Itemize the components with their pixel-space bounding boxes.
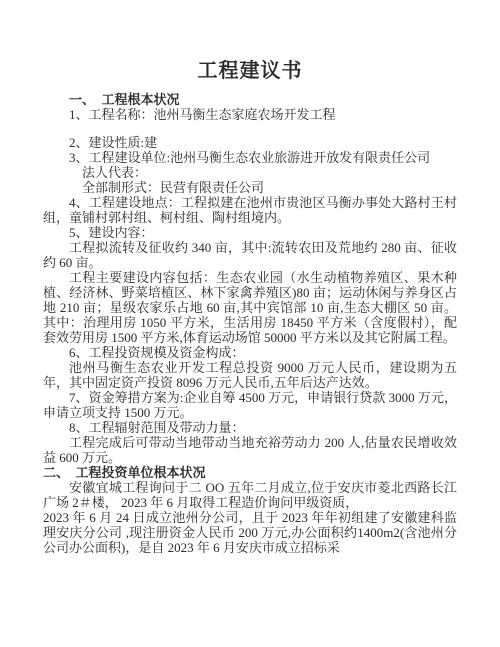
detail-line: 法人代表：	[43, 165, 457, 180]
numbered-item: 5、建设内容：	[43, 225, 457, 240]
numbered-item: 2、建设性质:建	[43, 135, 457, 150]
numbered-item: 1、工程名称：池州马衡生态家庭农场开发工程	[43, 107, 457, 122]
document-body: 一、 工程根本状况1、工程名称：池州马衡生态家庭农场开发工程2、建设性质:建3、…	[43, 92, 457, 555]
document-page: 工程建议书 一、 工程根本状况1、工程名称：池州马衡生态家庭农场开发工程2、建设…	[0, 0, 500, 647]
document-title: 工程建议书	[0, 0, 500, 83]
paragraph: 工程完成后可带动当地带动当地充裕劳动力 200 人,估量农民增收效益 600 万…	[43, 435, 457, 465]
paragraph: 安徽宜城工程询问于二 OO 五年二月成立,位于安庆市菱北西路长江广场 2＃楼， …	[43, 480, 457, 510]
detail-line: 全部制形式：民营有限责任公司	[43, 180, 457, 195]
section-heading: 二、 工程投资单位根本状况	[43, 465, 457, 480]
numbered-item: 3、工程建设单位:池州马衡生态农业旅游进开放发有限责任公司	[43, 150, 457, 165]
numbered-item: 4、工程建设地点：工程拟建在池州市贵池区马衡办事处大路村王村组，童铺村郭村组、柯…	[43, 195, 457, 225]
numbered-item: 8、工程辐射范围及带动力量：	[43, 420, 457, 435]
numbered-item: 6、工程投资规模及资金构成：	[43, 345, 457, 360]
paragraph: 工程拟流转及征收约 340 亩，其中:流转农田及荒地约 280 亩、征收约 60…	[43, 240, 457, 270]
paragraph: 2023 年 6 月 24 日成立池州分公司，且于 2023 年年初组建了安徽建…	[43, 510, 457, 555]
section-heading: 一、 工程根本状况	[43, 92, 457, 107]
paragraph: 池州马衡生态农业开发工程总投资 9000 万元人民币，建设期为五年，其中固定资产…	[43, 360, 457, 390]
paragraph: 工程主要建设内容包括：生态农业园（水生动植物养殖区、果木种植、经济林、野菜培植区…	[43, 270, 457, 345]
numbered-item: 7、资金筹措方案为:企业自筹 4500 万元，申请银行贷款 3000 万元，申请…	[43, 390, 457, 420]
blank-line	[43, 122, 457, 135]
